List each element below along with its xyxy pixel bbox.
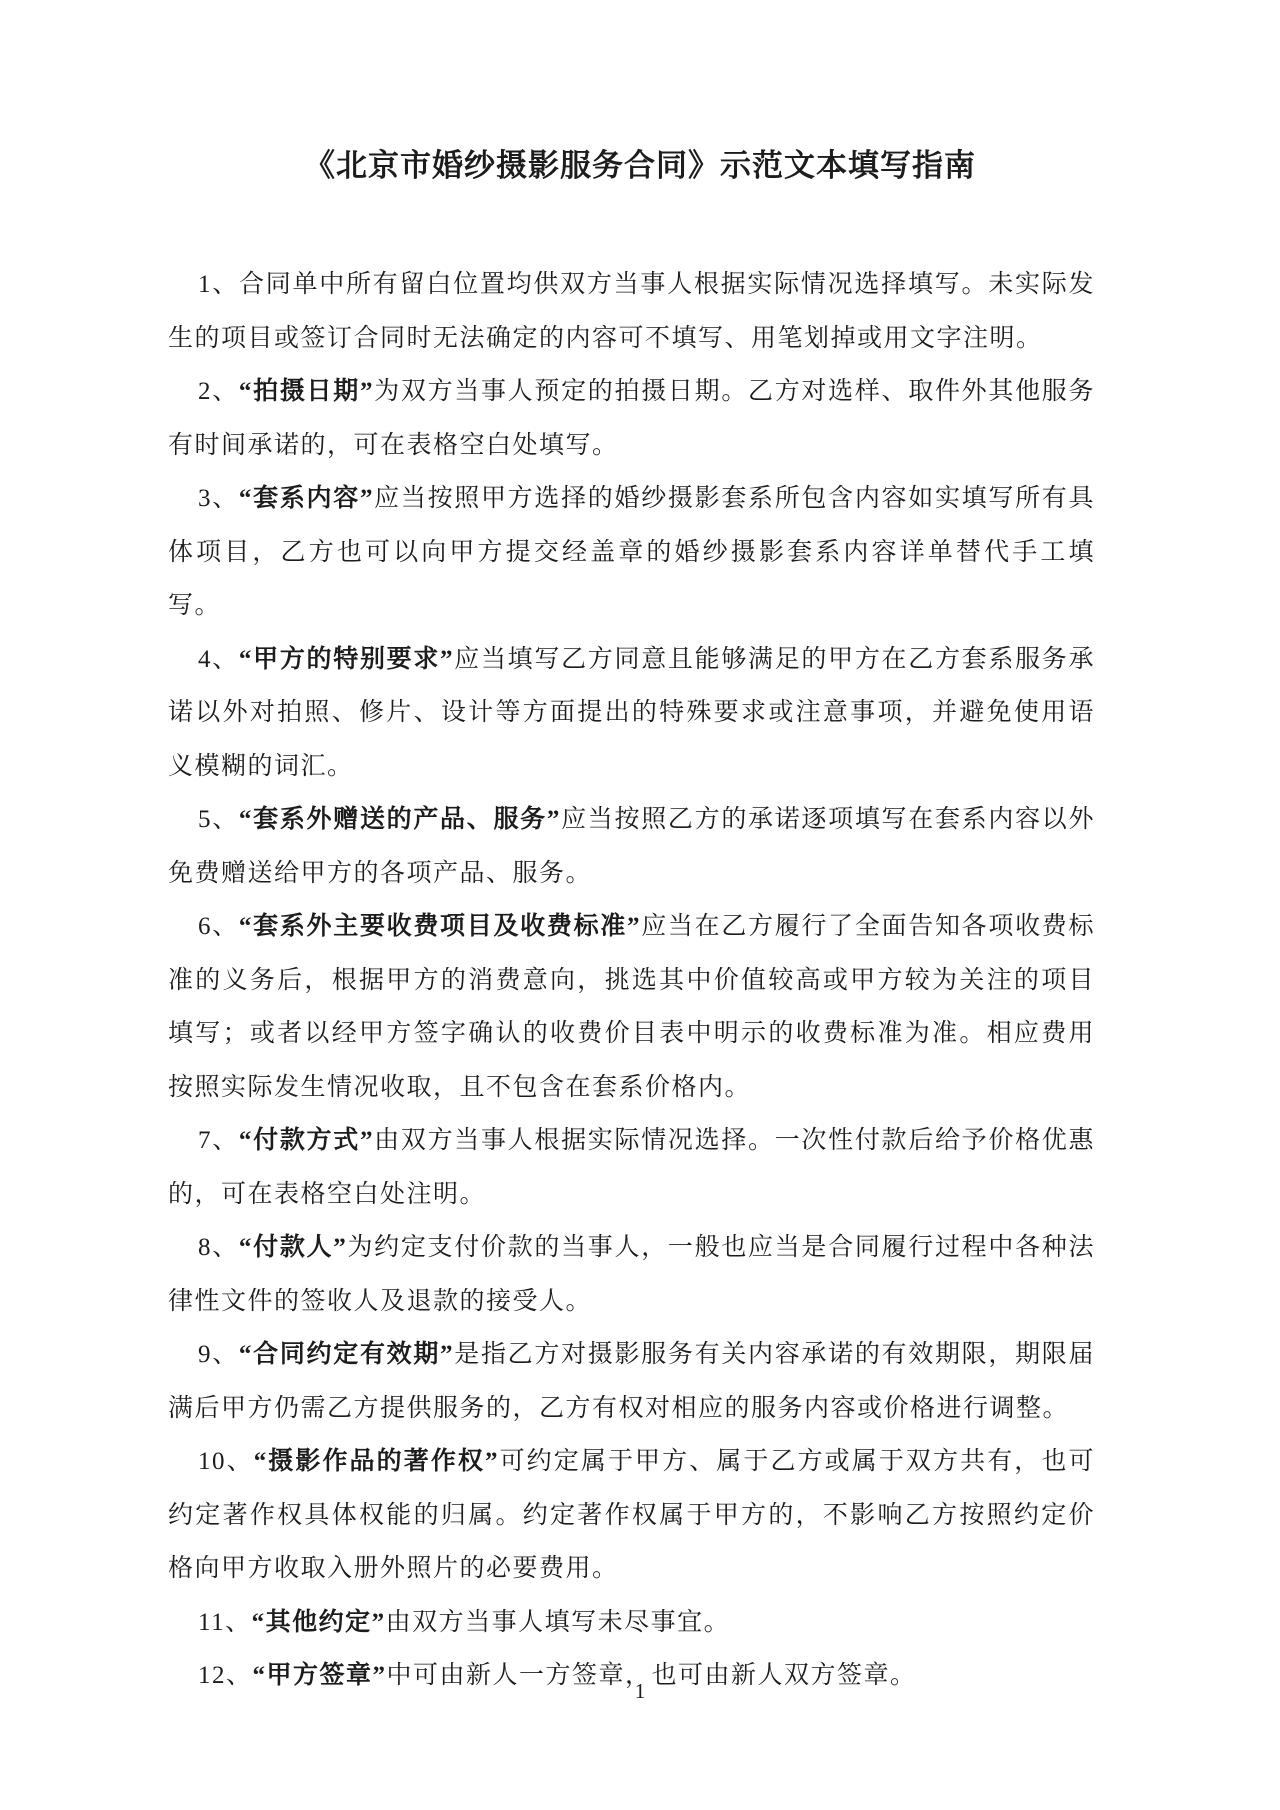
page-number: 1 [0,1678,1280,1704]
text-segment: 9、 [198,1341,239,1368]
contract-term-bold: “套系内容” [239,485,374,512]
text-segment: 8、 [198,1234,239,1261]
text-segment: 11、 [198,1609,252,1636]
paragraph: 6、“套系外主要收费项目及收费标准”应当在乙方履行了全面告知各项收费标准的义务后… [168,900,1095,1114]
document-title: 《北京市婚纱摄影服务合同》示范文本填写指南 [0,147,1280,185]
contract-term-bold: “其他约定” [252,1609,386,1636]
contract-term-bold: “甲方的特别要求” [239,646,454,673]
text-segment: 2、 [198,378,239,405]
text-segment: 应当在乙方履行了全面告知各项收费标准的义务后，根据甲方的消费意向，挑选其中价值较… [168,913,1095,1101]
contract-term-bold: “摄影作品的著作权” [254,1448,499,1475]
contract-term-bold: “套系外赠送的产品、服务” [239,806,561,833]
text-segment: 6、 [198,913,239,940]
contract-term-bold: “合同约定有效期” [239,1341,454,1368]
text-segment: 4、 [198,646,239,673]
paragraph: 5、“套系外赠送的产品、服务”应当按照乙方的承诺逐项填写在套系内容以外免费赠送给… [168,793,1095,900]
text-segment: 3、 [198,485,239,512]
text-segment: 7、 [198,1127,239,1154]
paragraph: 4、“甲方的特别要求”应当填写乙方同意且能够满足的甲方在乙方套系服务承诺以外对拍… [168,633,1095,794]
paragraph: 3、“套系内容”应当按照甲方选择的婚纱摄影套系所包含内容如实填写所有具体项目，乙… [168,472,1095,633]
paragraph: 1、合同单中所有留白位置均供双方当事人根据实际情况选择填写。未实际发生的项目或签… [168,258,1095,365]
contract-term-bold: “付款方式” [239,1127,374,1154]
contract-term-bold: “付款人” [239,1234,347,1261]
contract-term-bold: “套系外主要收费项目及收费标准” [239,913,641,940]
paragraph: 10、“摄影作品的著作权”可约定属于甲方、属于乙方或属于双方共有，也可约定著作权… [168,1435,1095,1596]
paragraph: 11、“其他约定”由双方当事人填写未尽事宜。 [168,1596,1095,1650]
text-segment: 10、 [198,1448,254,1475]
text-segment: 5、 [198,806,239,833]
text-segment: 由双方当事人填写未尽事宜。 [386,1609,731,1636]
paragraph: 7、“付款方式”由双方当事人根据实际情况选择。一次性付款后给予价格优惠的，可在表… [168,1114,1095,1221]
contract-term-bold: “拍摄日期” [239,378,374,405]
text-segment: 1、合同单中所有留白位置均供双方当事人根据实际情况选择填写。未实际发生的项目或签… [168,271,1095,352]
paragraph: 2、“拍摄日期”为双方当事人预定的拍摄日期。乙方对选样、取件外其他服务有时间承诺… [168,365,1095,472]
paragraph: 9、“合同约定有效期”是指乙方对摄影服务有关内容承诺的有效期限，期限届满后甲方仍… [168,1328,1095,1435]
paragraph: 8、“付款人”为约定支付价款的当事人，一般也应当是合同履行过程中各种法律性文件的… [168,1221,1095,1328]
document-page: 《北京市婚纱摄影服务合同》示范文本填写指南 1、合同单中所有留白位置均供双方当事… [0,0,1280,1810]
document-body: 1、合同单中所有留白位置均供双方当事人根据实际情况选择填写。未实际发生的项目或签… [168,258,1095,1703]
